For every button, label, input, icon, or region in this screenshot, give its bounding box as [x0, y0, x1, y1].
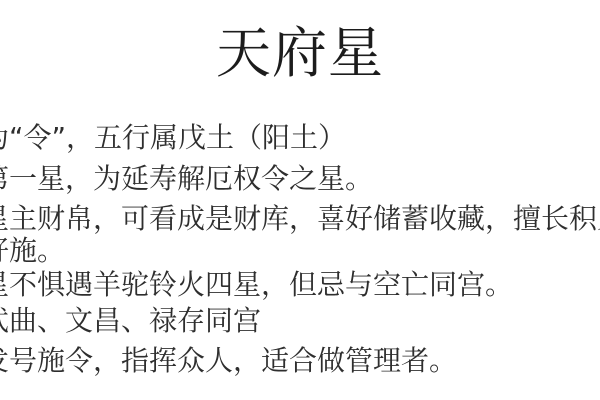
text-line: 星不惧遇羊驼铃火四星，但忌与空亡同宫。 [0, 268, 513, 302]
text-line: 星主财帛，可看成是财库，喜好储蓄收藏，擅长积累 [0, 202, 600, 236]
page-title: 天府星 [0, 20, 600, 86]
text-line: 好施。 [0, 234, 65, 268]
text-line: 为“令”，五行属戊土（阳土） [0, 121, 346, 155]
text-line: 发号施令，指挥众人，适合做管理者。 [0, 344, 457, 378]
text-line: 第一星，为延寿解厄权令之星。 [0, 162, 373, 196]
text-line: 武曲、文昌、禄存同宫 [0, 304, 261, 338]
slide-page: 天府星 为“令”，五行属戊土（阳土） 第一星，为延寿解厄权令之星。 星主财帛，可… [0, 0, 600, 400]
